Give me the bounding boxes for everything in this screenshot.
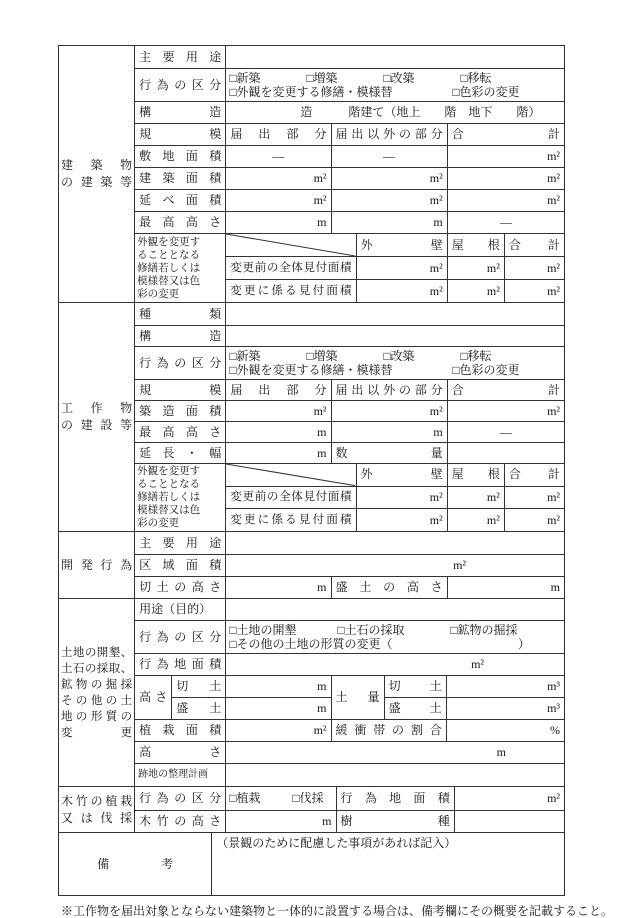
land-soil-fill-label: 盛土 bbox=[384, 698, 446, 720]
works-built-area-notified[interactable]: m² bbox=[226, 401, 331, 422]
works-facade-before-total[interactable]: m² bbox=[504, 486, 564, 509]
col-header-roof: 屋根 bbox=[447, 464, 504, 487]
land-section-label: 土地の開墾、 土石の採取、 鉱物の掘採 その他の土 地の形質の 変更 bbox=[59, 599, 135, 787]
works-kind-label: 種類 bbox=[135, 303, 226, 326]
development-main-use-field[interactable] bbox=[226, 532, 565, 555]
land-soil-fill-field[interactable]: m³ bbox=[446, 698, 564, 720]
land-site-plan-field[interactable] bbox=[226, 764, 565, 787]
development-zone-area-field[interactable]: m² bbox=[226, 555, 565, 577]
works-facade-label: 外観を変更す ることとなる 修繕若しくは 模様替又は色 彩の変更 bbox=[135, 464, 226, 532]
land-height-cut-label: 切土 bbox=[172, 676, 226, 698]
checkbox-color-change[interactable]: □色彩の変更 bbox=[452, 363, 519, 377]
section-land: 土地の開墾、 土石の採取、 鉱物の掘採 その他の土 地の形質の 変更 用途（目的… bbox=[58, 598, 565, 787]
checkbox-soil-stone-extraction[interactable]: □土石の採取 bbox=[337, 623, 450, 638]
building-area-total[interactable]: m² bbox=[447, 168, 564, 190]
remarks-label: 備考 bbox=[59, 833, 212, 896]
building-site-area-total[interactable]: m² bbox=[447, 146, 564, 168]
works-section-label: 工作物 の建設等 bbox=[59, 303, 135, 532]
form-page: 建築物 の建築等 主要用途 行為の区分 □新築□増築□改築□移転 □外観を変更す… bbox=[0, 0, 630, 918]
development-fill-height-label: 盛土の高さ bbox=[331, 577, 447, 599]
building-facade-label: 外観を変更す ることとなる 修繕若しくは 模様替又は色 彩の変更 bbox=[135, 234, 226, 303]
building-act-options: □新築□増築□改築□移転 □外観を変更する修繕・模様替□色彩の変更 bbox=[226, 69, 565, 102]
col-header-other-part: 届出以外の部分 bbox=[331, 124, 447, 146]
building-facade-changed-label: 変更に係る見付面積 bbox=[226, 280, 356, 303]
building-structure-label: 構造 bbox=[135, 102, 226, 124]
works-structure-field[interactable] bbox=[226, 326, 565, 347]
diagonal-slash-cell bbox=[226, 234, 356, 257]
land-soil-cut-field[interactable]: m³ bbox=[446, 676, 564, 698]
works-facade-before-label: 変更前の全体見付面積 bbox=[226, 486, 356, 509]
trees-species-field[interactable] bbox=[454, 811, 564, 833]
building-facade-changed-roof[interactable]: m² bbox=[447, 280, 504, 303]
building-max-height-notified[interactable]: m bbox=[226, 212, 331, 234]
land-act-area-field[interactable]: m² bbox=[226, 654, 565, 676]
checkbox-relocation[interactable]: □移転 bbox=[460, 349, 491, 363]
works-max-height-notified[interactable]: m bbox=[226, 422, 331, 443]
trees-species-label: 樹種 bbox=[336, 811, 454, 833]
section-trees: 木竹の植栽 又は伐採 行為の区分 □植栽□伐採 行為地面積 m² 木竹の高さ m… bbox=[58, 786, 565, 833]
development-cut-height-field[interactable]: m bbox=[226, 577, 331, 599]
land-act-options: □土地の開墾□土石の採取□鉱物の掘採 □その他の土地の形質の変更（） bbox=[226, 621, 565, 654]
building-structure-field[interactable]: 造 階建て（地上 階 地下 階） bbox=[226, 102, 565, 124]
land-purpose-field[interactable] bbox=[226, 599, 565, 621]
building-facade-before-total[interactable]: m² bbox=[504, 257, 564, 280]
checkbox-planting[interactable]: □植栽 bbox=[229, 791, 292, 806]
works-act-options: □新築□増築□改築□移転 □外観を変更する修繕・模様替□色彩の変更 bbox=[226, 347, 565, 380]
checkbox-reconstruction[interactable]: □改築 bbox=[383, 349, 460, 364]
works-built-area-other[interactable]: m² bbox=[331, 401, 447, 422]
land-soil-volume-label: 土量 bbox=[331, 676, 384, 720]
trees-act-label: 行為の区分 bbox=[135, 787, 226, 811]
trees-act-area-field[interactable]: m² bbox=[454, 787, 564, 811]
checkbox-land-clearing[interactable]: □土地の開墾 bbox=[229, 623, 337, 638]
building-area-other[interactable]: m² bbox=[331, 168, 447, 190]
development-main-use-label: 主要用途 bbox=[135, 532, 226, 555]
col-header-other-part: 届出以外の部分 bbox=[331, 380, 447, 401]
building-max-height-label: 最高高さ bbox=[135, 212, 226, 234]
building-act-label: 行為の区分 bbox=[135, 69, 226, 102]
works-kind-field[interactable] bbox=[226, 303, 565, 326]
works-quantity-field[interactable] bbox=[447, 443, 564, 464]
works-facade-before-roof[interactable]: m² bbox=[447, 486, 504, 509]
other-land-alteration-paren-close: ） bbox=[518, 637, 530, 652]
works-length-label: 延長・幅 bbox=[135, 443, 226, 464]
building-floor-area-label: 延べ面積 bbox=[135, 190, 226, 212]
works-max-height-label: 最高高さ bbox=[135, 422, 226, 443]
diagonal-slash-cell bbox=[226, 464, 356, 487]
development-fill-height-field[interactable]: m bbox=[447, 577, 564, 599]
building-facade-changed-total[interactable]: m² bbox=[504, 280, 564, 303]
works-facade-changed-label: 変更に係る見付面積 bbox=[226, 509, 356, 532]
checkbox-extension[interactable]: □増築 bbox=[306, 349, 383, 364]
remarks-field[interactable]: （景観のために配慮した事項があれば記入） bbox=[212, 833, 565, 896]
checkbox-new-construction[interactable]: □新築 bbox=[229, 349, 306, 364]
diagonal-line-icon bbox=[226, 464, 355, 486]
building-scale-label: 規模 bbox=[135, 124, 226, 146]
footer-note: ※工作物を届出対象とならない建築物と一体的に設置する場合は、備考欄にその概要を記… bbox=[61, 904, 630, 918]
checkbox-other-land-alteration[interactable]: □その他の土地の形質の変更（ bbox=[229, 637, 392, 652]
land-height-cut-field[interactable]: m bbox=[226, 676, 331, 698]
development-cut-height-label: 切土の高さ bbox=[135, 577, 226, 599]
land-height-fill-label: 盛土 bbox=[172, 698, 226, 720]
building-floor-area-notified[interactable]: m² bbox=[226, 190, 331, 212]
col-header-notified-part: 届出部分 bbox=[226, 380, 331, 401]
checkbox-mineral-mining[interactable]: □鉱物の掘採 bbox=[450, 623, 517, 637]
checkbox-exterior-repair[interactable]: □外観を変更する修繕・模様替 bbox=[229, 85, 452, 100]
col-header-total: 合計 bbox=[447, 380, 564, 401]
building-area-notified[interactable]: m² bbox=[226, 168, 331, 190]
works-facade-changed-wall[interactable]: m² bbox=[356, 509, 447, 532]
checkbox-felling[interactable]: □伐採 bbox=[292, 791, 323, 805]
checkbox-reconstruction[interactable]: □改築 bbox=[383, 71, 460, 86]
building-site-area-notified[interactable]: — bbox=[226, 146, 331, 168]
trees-section-label: 木竹の植栽 又は伐採 bbox=[59, 787, 135, 833]
diagonal-line-icon bbox=[226, 234, 355, 256]
col-header-outer-wall: 外壁 bbox=[356, 234, 447, 257]
checkbox-relocation[interactable]: □移転 bbox=[460, 71, 491, 85]
col-header-outer-wall: 外壁 bbox=[356, 464, 447, 487]
building-main-use-label: 主要用途 bbox=[135, 46, 226, 69]
land-height-label: 高さ bbox=[135, 676, 172, 720]
works-structure-label: 構造 bbox=[135, 326, 226, 347]
checkbox-color-change[interactable]: □色彩の変更 bbox=[452, 85, 519, 99]
land-site-plan-label: 跡地の整理計画 bbox=[135, 764, 226, 787]
building-facade-before-label: 変更前の全体見付面積 bbox=[226, 257, 356, 280]
land-buffer-ratio-field[interactable]: % bbox=[446, 720, 564, 742]
works-built-area-total[interactable]: m² bbox=[447, 401, 564, 422]
col-header-facade-total: 合計 bbox=[504, 234, 564, 257]
building-max-height-other[interactable]: m bbox=[331, 212, 447, 234]
land-planting-area-label: 植栽面積 bbox=[135, 720, 226, 742]
works-facade-before-wall[interactable]: m² bbox=[356, 486, 447, 509]
col-header-notified-part: 届出部分 bbox=[226, 124, 331, 146]
col-header-roof: 屋根 bbox=[447, 234, 504, 257]
land-buffer-ratio-label: 緩衝帯の割合 bbox=[331, 720, 446, 742]
building-floor-area-total[interactable]: m² bbox=[447, 190, 564, 212]
works-max-height-other[interactable]: m bbox=[331, 422, 447, 443]
building-section-label: 建築物 の建築等 bbox=[59, 46, 135, 303]
land-act-area-label: 行為地面積 bbox=[135, 654, 226, 676]
works-max-height-total[interactable]: — bbox=[447, 422, 564, 443]
building-site-area-other[interactable]: — bbox=[331, 146, 447, 168]
trees-height-label: 木竹の高さ bbox=[135, 811, 226, 833]
land-planting-area-field[interactable]: m² bbox=[226, 720, 331, 742]
checkbox-exterior-repair[interactable]: □外観を変更する修繕・模様替 bbox=[229, 363, 452, 378]
checkbox-extension[interactable]: □増築 bbox=[306, 71, 383, 86]
building-site-area-label: 敷地面積 bbox=[135, 146, 226, 168]
trees-act-area-label: 行為地面積 bbox=[336, 787, 454, 811]
works-facade-changed-roof[interactable]: m² bbox=[447, 509, 504, 532]
building-facade-before-roof[interactable]: m² bbox=[447, 257, 504, 280]
works-quantity-label: 数量 bbox=[331, 443, 447, 464]
building-max-height-total[interactable]: — bbox=[447, 212, 564, 234]
works-length-field[interactable]: m bbox=[226, 443, 331, 464]
remarks-hint: （景観のために配慮した事項があれば記入） bbox=[216, 836, 560, 851]
land-soil-cut-label: 切土 bbox=[384, 676, 446, 698]
col-header-total: 合計 bbox=[447, 124, 564, 146]
land-height-fill-field[interactable]: m bbox=[226, 698, 331, 720]
building-area-label: 建築面積 bbox=[135, 168, 226, 190]
section-building: 建築物 の建築等 主要用途 行為の区分 □新築□増築□改築□移転 □外観を変更す… bbox=[58, 45, 565, 303]
land-purpose-label: 用途（目的） bbox=[135, 599, 226, 621]
trees-height-field[interactable]: m bbox=[226, 811, 336, 833]
works-built-area-label: 築造面積 bbox=[135, 401, 226, 422]
development-section-label: 開発行為 bbox=[59, 532, 135, 599]
works-facade-changed-total[interactable]: m² bbox=[504, 509, 564, 532]
building-facade-before-wall[interactable]: m² bbox=[356, 257, 447, 280]
development-zone-area-label: 区域面積 bbox=[135, 555, 226, 577]
section-remarks: 備考 （景観のために配慮した事項があれば記入） bbox=[58, 832, 565, 896]
works-scale-label: 規模 bbox=[135, 380, 226, 401]
section-works: 工作物 の建設等 種類 構造 行為の区分 □新築□増築□改築□移転 □外観を変更… bbox=[58, 302, 565, 532]
land-act-label: 行為の区分 bbox=[135, 621, 226, 654]
checkbox-new-construction[interactable]: □新築 bbox=[229, 71, 306, 86]
building-facade-changed-wall[interactable]: m² bbox=[356, 280, 447, 303]
col-header-facade-total: 合計 bbox=[504, 464, 564, 487]
building-floor-area-other[interactable]: m² bbox=[331, 190, 447, 212]
trees-act-options: □植栽□伐採 bbox=[226, 787, 336, 811]
works-act-label: 行為の区分 bbox=[135, 347, 226, 380]
land-height2-field[interactable]: m bbox=[226, 742, 565, 764]
land-height2-label: 高さ bbox=[135, 742, 226, 764]
building-main-use-field[interactable] bbox=[226, 46, 565, 69]
section-development: 開発行為 主要用途 区域面積 m² 切土の高さ m 盛土の高さ m bbox=[58, 531, 565, 599]
